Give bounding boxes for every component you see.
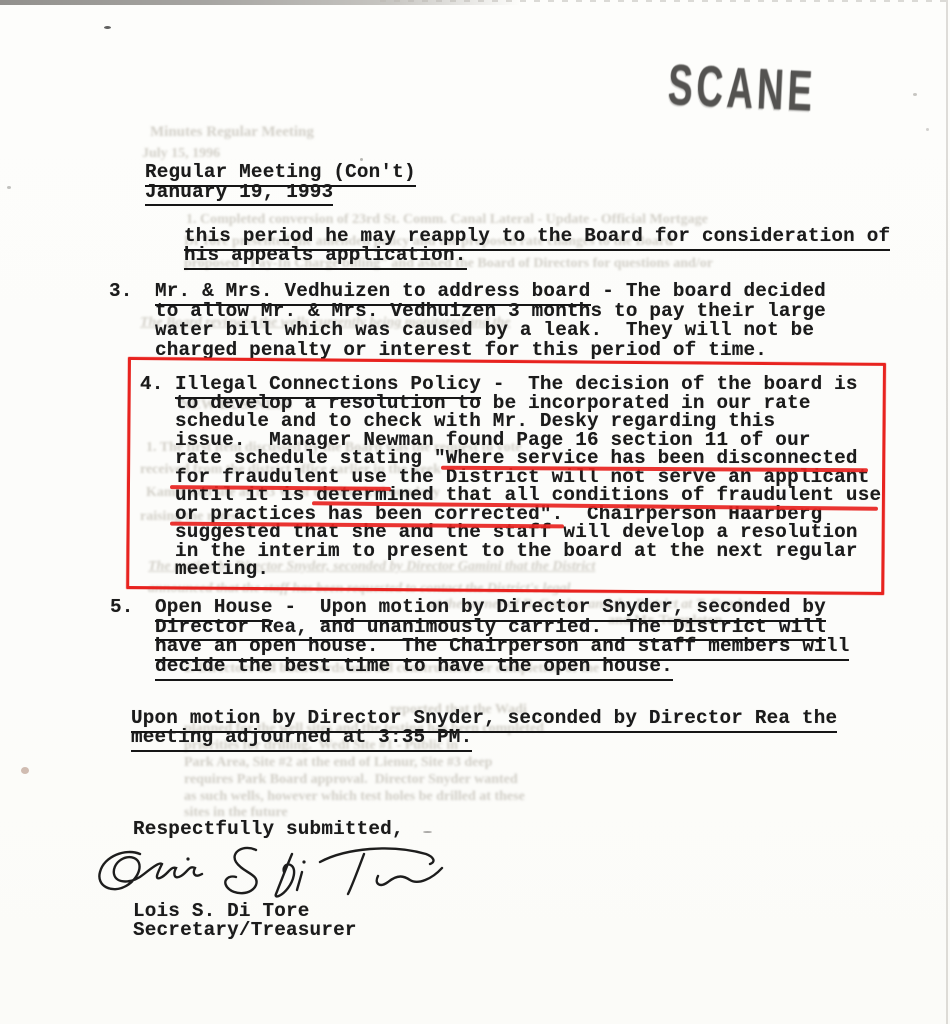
agenda-item-3: 3.Mr. & Mrs. Vedhuizen to address board … — [155, 282, 826, 360]
typed-line: meeting adjourned at 3:35 PM. — [131, 728, 837, 747]
carryover-paragraph: this period he may reapply to the Board … — [184, 227, 890, 265]
bleedthrough-line: requires Park Board approval. Director S… — [184, 772, 518, 788]
typed-line: Secretary/Treasurer — [133, 921, 357, 940]
ink-speck — [104, 26, 111, 29]
ink-speck — [423, 831, 432, 833]
ink-speck — [913, 93, 917, 96]
typed-text: Secretary/Treasurer — [133, 919, 357, 941]
bleedthrough-line: Minutes Regular Meeting — [150, 124, 314, 141]
agenda-item-4: 4.Illegal Connections Policy - The decis… — [175, 375, 881, 579]
scanned-stamp: SCANE — [667, 51, 900, 131]
bleedthrough-line: Park Area, Site #2 at the end of Lienur,… — [184, 755, 492, 771]
adjournment-note: Upon motion by Director Snyder, seconded… — [131, 709, 837, 747]
bleedthrough-line: announced that the staff has been reques… — [148, 581, 570, 597]
scan-edge-artifact-top-dotted — [380, 0, 950, 2]
page-header: Regular Meeting (Con't)January 19, 1993 — [145, 163, 416, 202]
typed-line: Regular Meeting (Con't) — [145, 163, 416, 183]
underlined-text: meeting adjourned at 3:35 PM. — [131, 726, 472, 752]
typed-text: - — [273, 596, 320, 618]
scanned-document-page: Minutes Regular MeetingJuly 15, 19961. C… — [0, 0, 950, 1024]
typed-line: January 19, 1993 — [145, 183, 416, 203]
scan-edge-artifact-right — [946, 0, 948, 1024]
typed-text: charged penalty or interest for this per… — [155, 339, 767, 361]
ink-speck — [7, 186, 11, 189]
ink-speck — [360, 158, 363, 161]
ink-speck — [926, 128, 929, 131]
underlined-text: January 19, 1993 — [145, 181, 333, 207]
agenda-item-5: 5.Open House - Upon motion by Director S… — [155, 598, 849, 677]
underlined-text: his appeals application. — [184, 244, 467, 270]
item-number: 4. — [140, 375, 164, 394]
typed-line: decide the best time to have the open ho… — [155, 657, 849, 677]
ink-speck — [21, 767, 29, 774]
underlined-text: decide the best time to have the open ho… — [155, 655, 673, 681]
typed-text: in the interim to present to the board a… — [175, 540, 858, 562]
typed-line: in the interim to present to the board a… — [175, 542, 881, 561]
typed-line: his appeals application. — [184, 246, 890, 265]
bleedthrough-line: July 15, 1996 — [142, 146, 220, 162]
typed-text: meeting. — [175, 558, 269, 580]
bleedthrough-line: as such wells, however which test holes … — [184, 789, 525, 805]
typed-line: charged penalty or interest for this per… — [155, 341, 826, 361]
item-number: 5. — [110, 598, 134, 618]
typed-line: Open House - Upon motion by Director Sny… — [155, 598, 849, 618]
typed-line: meeting. — [175, 560, 881, 579]
item-number: 3. — [109, 282, 133, 302]
handwritten-signature — [96, 832, 456, 908]
stamp-text: SCANE — [667, 51, 818, 125]
